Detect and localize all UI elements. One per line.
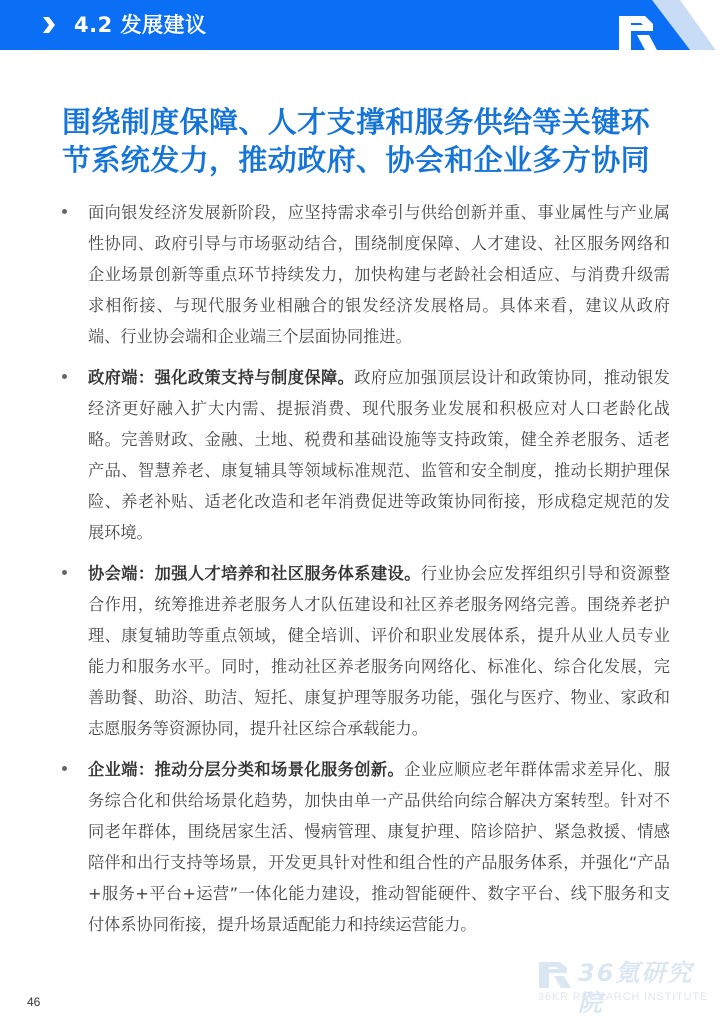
bullet-icon	[62, 374, 67, 379]
bullet-icon	[62, 209, 67, 214]
bullet-body: 行业协会应发挥组织引导和资源整合作用，统筹推进养老服务人才队伍建设和社区养老服务…	[88, 564, 670, 738]
bullet-icon	[62, 570, 67, 575]
bullet-lead: 政府端：强化政策支持与制度保障。	[88, 368, 354, 387]
list-item-association: 协会端：加强人才培养和社区服务体系建设。行业协会应发挥组织引导和资源整合作用，统…	[60, 558, 670, 744]
page-headline: 围绕制度保障、人才支撑和服务供给等关键环 节系统发力，推动政府、协会和企业多方协…	[62, 103, 662, 179]
recommendation-list: 面向银发经济发展新阶段，应坚持需求牵引与供给创新并重、事业属性与产业属性协同、政…	[60, 197, 670, 940]
bullet-paragraph: 协会端：加强人才培养和社区服务体系建设。行业协会应发挥组织引导和资源整合作用，统…	[88, 558, 670, 744]
bullet-paragraph: 面向银发经济发展新阶段，应坚持需求牵引与供给创新并重、事业属性与产业属性协同、政…	[88, 197, 670, 352]
list-item-enterprise: 企业端：推动分层分类和场景化服务创新。企业应顺应老年群体需求差异化、服务综合化和…	[60, 754, 670, 940]
bullet-body: 企业应顺应老年群体需求差异化、服务综合化和供给场景化趋势，加快由单一产品供给向综…	[88, 760, 670, 934]
headline-line-1: 围绕制度保障、人才支撑和服务供给等关键环	[62, 103, 662, 141]
list-item-government: 政府端：强化政策支持与制度保障。政府应加强顶层设计和政策协同，推动银发经济更好融…	[60, 362, 670, 548]
bullet-paragraph: 企业端：推动分层分类和场景化服务创新。企业应顺应老年群体需求差异化、服务综合化和…	[88, 754, 670, 940]
chevron-right-icon	[42, 15, 56, 35]
section-header-bar: 4.2 发展建议	[0, 0, 720, 50]
section-title: 4.2 发展建议	[74, 10, 207, 40]
watermark-logo: 36氪研究院 36KR RESEARCH INSTITUTE	[538, 958, 708, 1008]
watermark-cn-text: 36氪研究院	[578, 958, 708, 1018]
headline-line-2: 节系统发力，推动政府、协会和企业多方协同	[62, 141, 662, 179]
bullet-body: 面向银发经济发展新阶段，应坚持需求牵引与供给创新并重、事业属性与产业属性协同、政…	[88, 203, 670, 346]
bullet-lead: 企业端：推动分层分类和场景化服务创新。	[88, 760, 404, 779]
watermark-en-text: 36KR RESEARCH INSTITUTE	[538, 991, 708, 1003]
page-number: 46	[27, 995, 40, 1009]
list-item-overview: 面向银发经济发展新阶段，应坚持需求牵引与供给创新并重、事业属性与产业属性协同、政…	[60, 197, 670, 352]
36kr-watermark-icon	[538, 960, 572, 988]
bullet-paragraph: 政府端：强化政策支持与制度保障。政府应加强顶层设计和政策协同，推动银发经济更好融…	[88, 362, 670, 548]
bullet-lead: 协会端：加强人才培养和社区服务体系建设。	[88, 564, 421, 583]
36kr-logo-icon	[617, 13, 657, 50]
bullet-body: 政府应加强顶层设计和政策协同，推动银发经济更好融入扩大内需、提振消费、现代服务业…	[88, 368, 670, 542]
bullet-icon	[62, 766, 67, 771]
